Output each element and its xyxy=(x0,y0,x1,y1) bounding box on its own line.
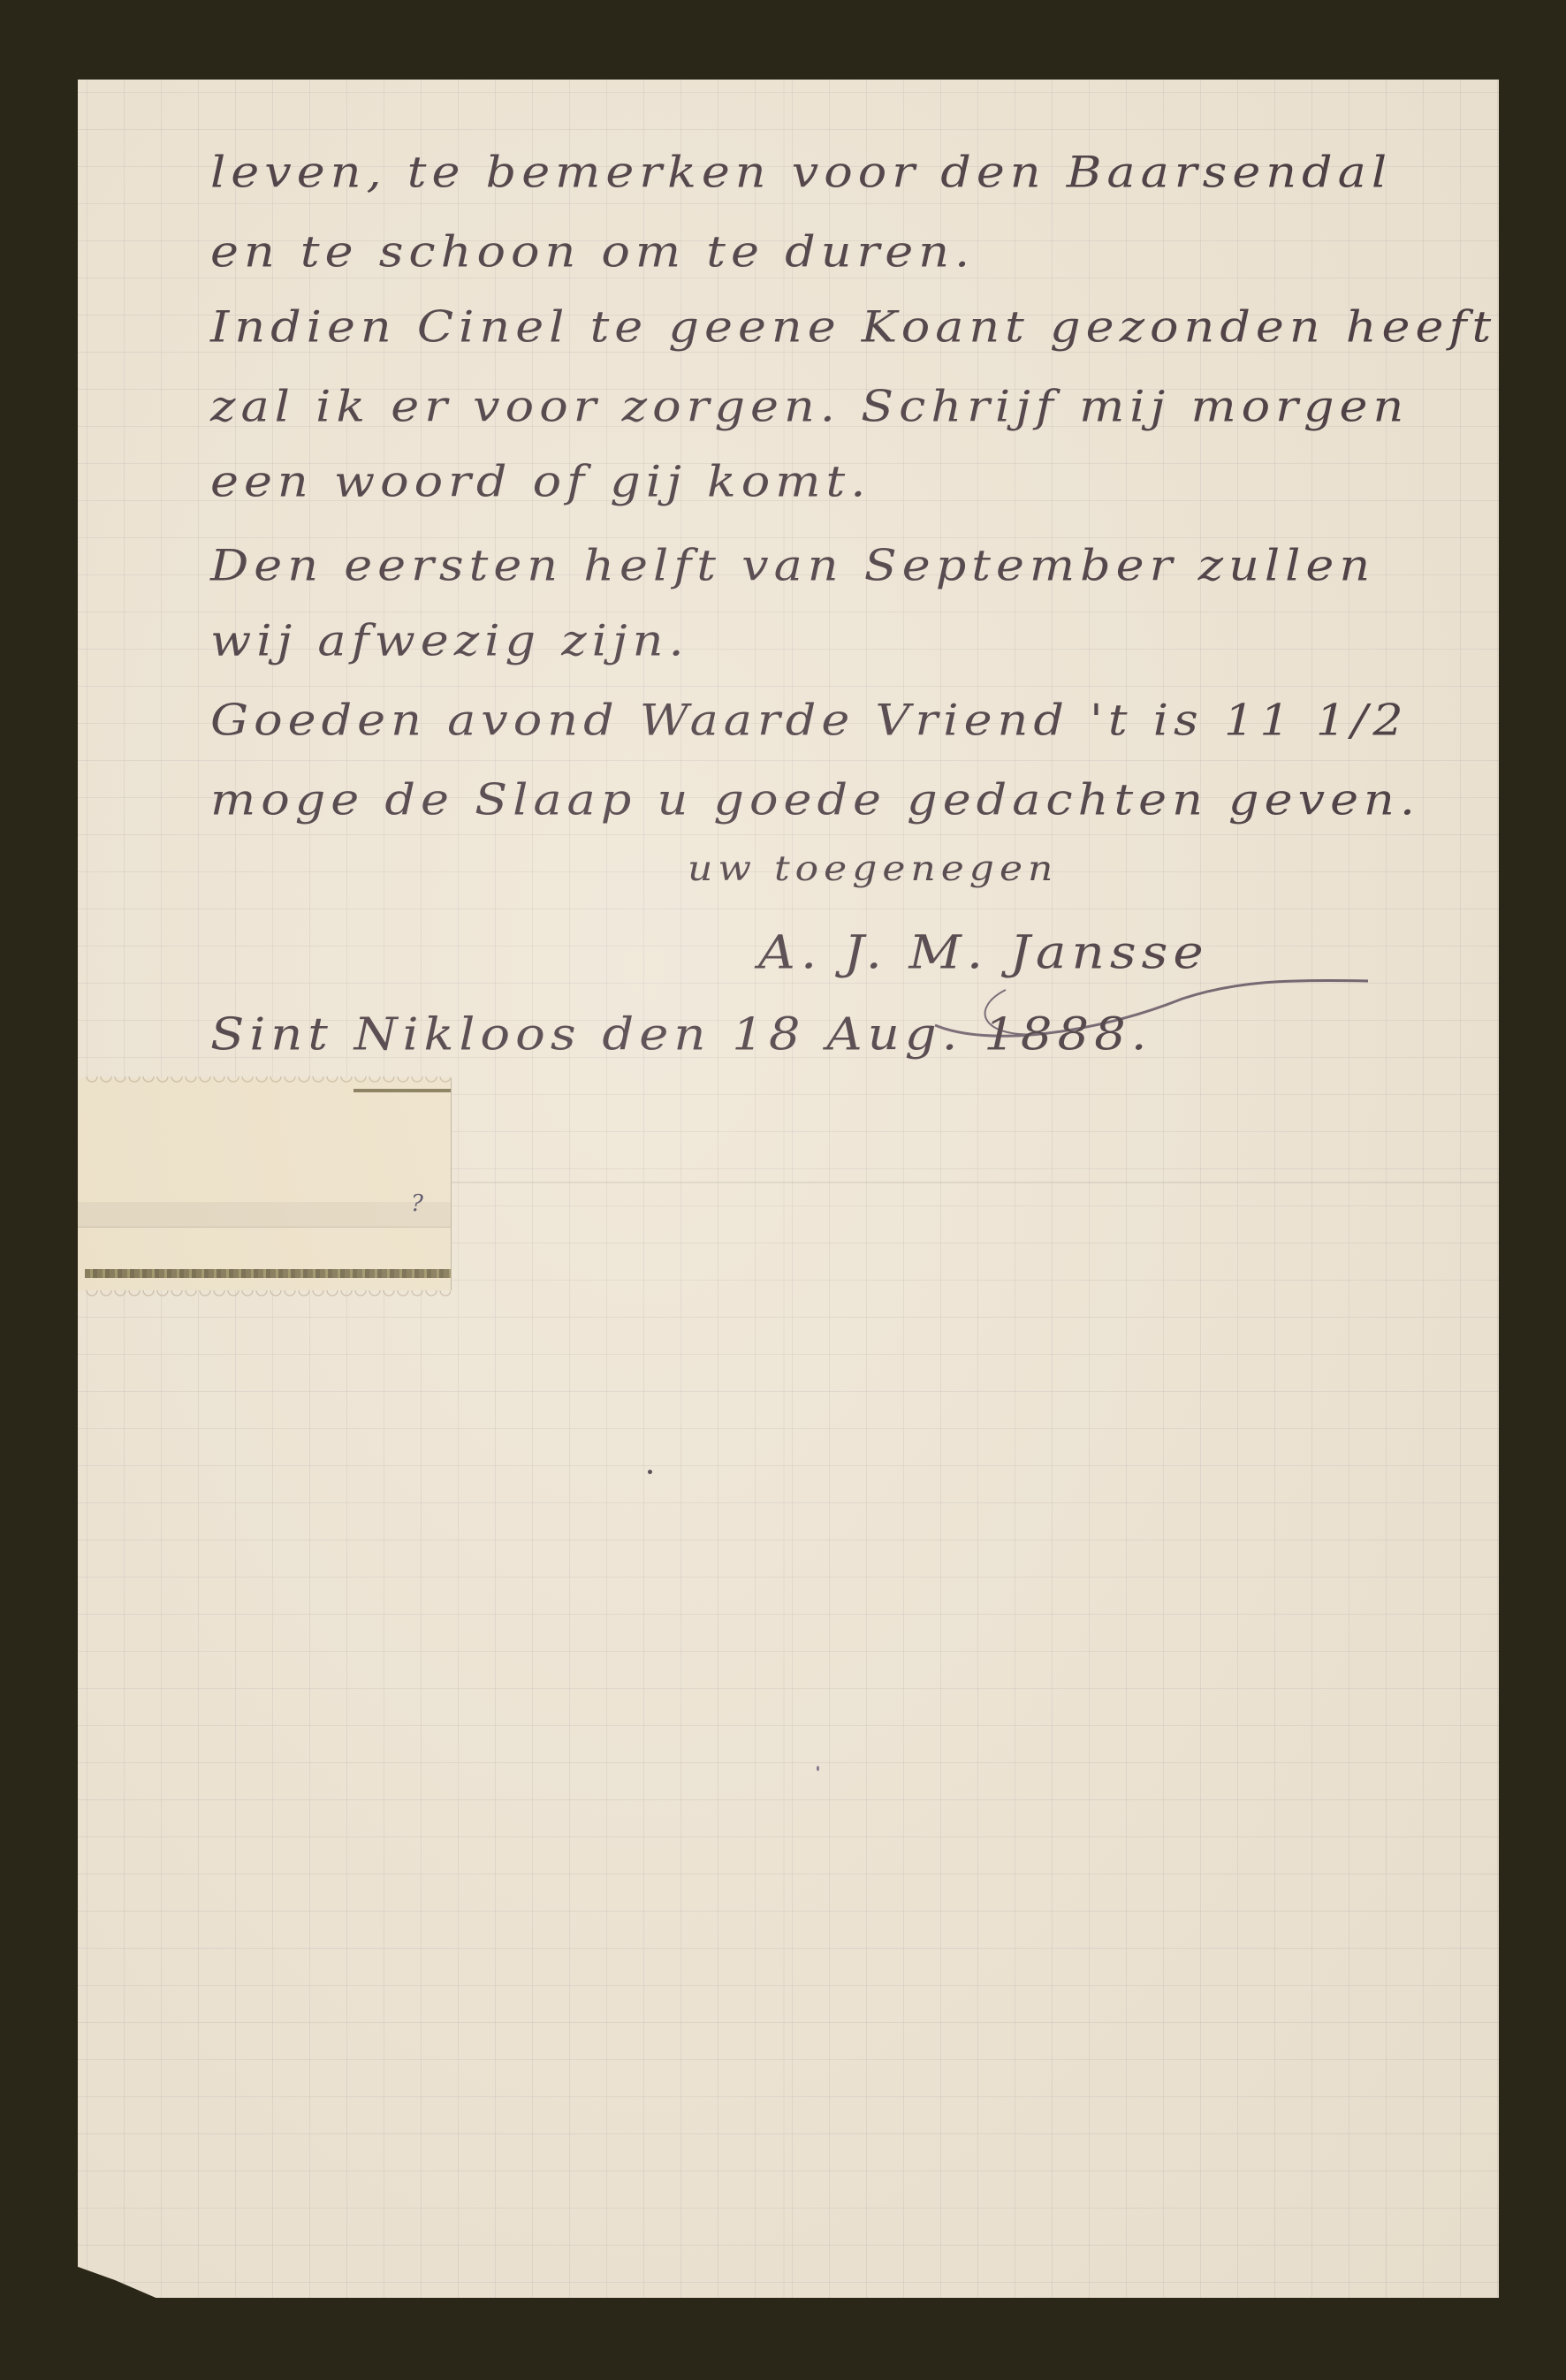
ink-spot xyxy=(648,1470,652,1474)
handwritten-line-7: wij afwezig zijn. xyxy=(210,615,689,665)
letter-page: leven, te bemerken voor den Baarsendal e… xyxy=(78,80,1499,2298)
place-and-date: Sint Nikloos den 18 Aug. 1888. xyxy=(210,1009,1152,1061)
handwritten-line-6: Den eersten helft van September zullen xyxy=(210,540,1375,590)
handwritten-line-5: een woord of gij komt. xyxy=(210,456,870,506)
tape-perforation-bottom xyxy=(85,1290,451,1297)
handwritten-line-3: Indien Cinel te geene Koant gezonden hee… xyxy=(210,301,1496,352)
tape-crease xyxy=(78,1202,451,1228)
handwritten-line-8: Goeden avond Waarde Vriend 't is 11 1/2 xyxy=(210,695,1409,745)
ink-spot xyxy=(817,1766,819,1771)
letter-closing: uw toegenegen xyxy=(688,848,1058,889)
paper-tape-strip xyxy=(78,1078,452,1290)
handwritten-line-4: zal ik er voor zorgen. Schrijf mij morge… xyxy=(210,381,1409,431)
handwritten-line-2: en te schoon om te duren. xyxy=(210,226,975,277)
tape-band-bottom xyxy=(85,1269,451,1278)
handwritten-line-9: moge de Slaap u goede gedachten geven. xyxy=(210,774,1420,825)
tape-band-top xyxy=(353,1089,451,1092)
handwritten-line-1: leven, te bemerken voor den Baarsendal xyxy=(210,147,1392,197)
tape-perforation-top xyxy=(85,1076,451,1084)
tape-ink-mark: ? xyxy=(411,1190,423,1217)
